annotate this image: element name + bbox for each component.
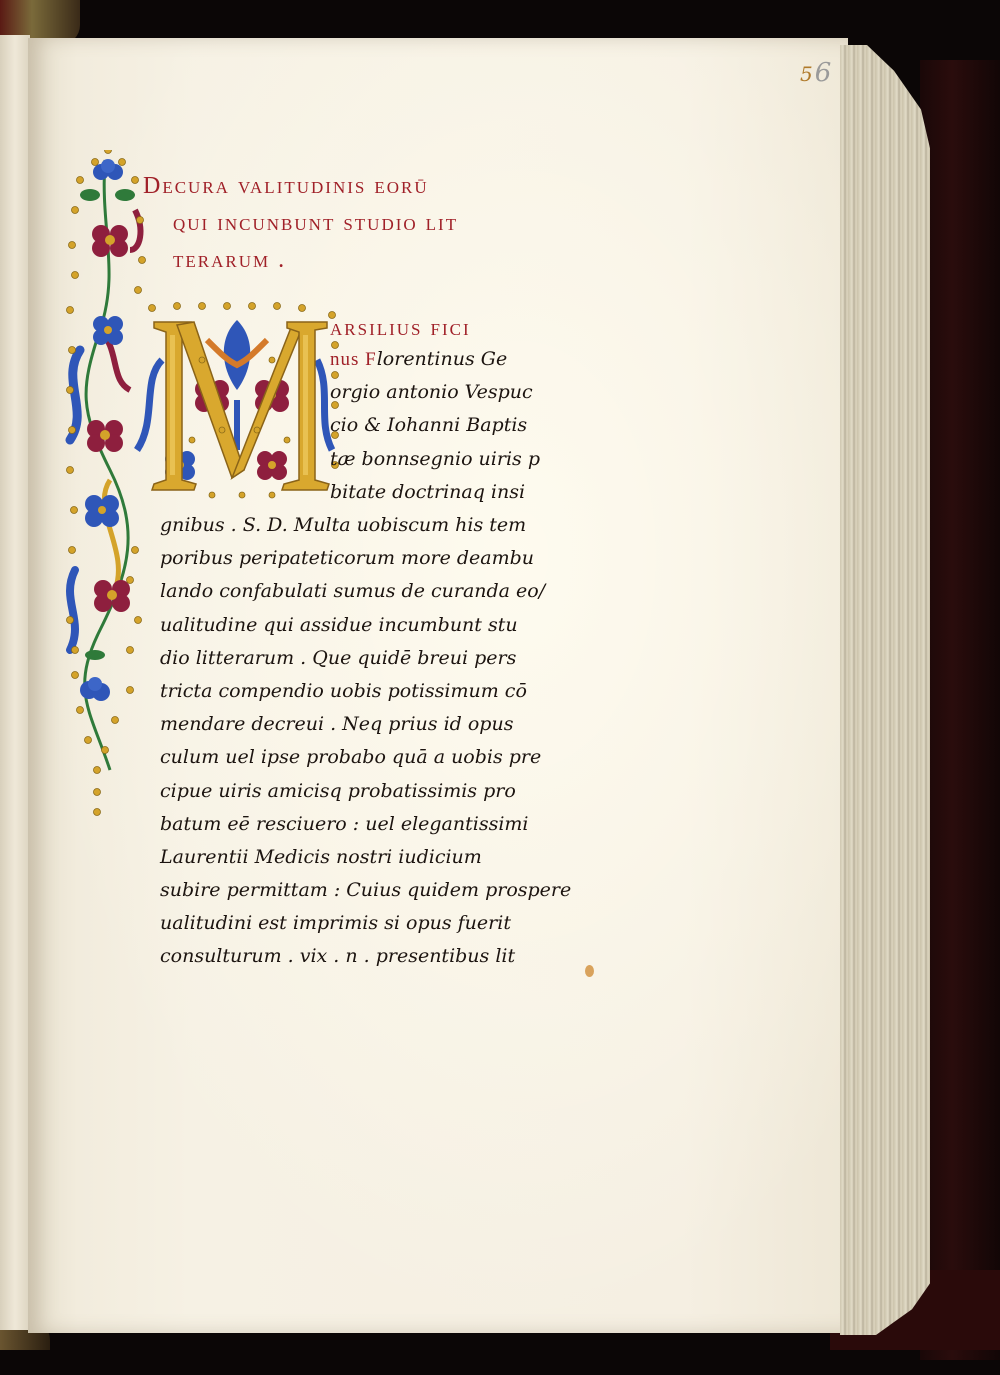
folio-number-pencil: 6 [815, 58, 832, 88]
text-line: nus Florentinus Ge [330, 343, 590, 376]
rubric-line-3: terarum . [143, 242, 583, 279]
main-text-block: gnibus . S. D. Multa uobiscum his tem po… [160, 509, 580, 974]
text-line: tricta compendio uobis potissimum cō [160, 675, 580, 708]
folio-number: 56 [800, 60, 831, 86]
text-line: batum eē resciuero : uel elegantissimi [160, 808, 580, 841]
text-line: cio & Iohanni Baptis [330, 409, 590, 442]
book-cover-edge [920, 60, 1000, 1360]
opening-line-1: arsilius fici [330, 315, 471, 341]
text-line: dio litterarum . Que quidē breui pers [160, 642, 580, 675]
text-beside-initial: nus Florentinus Ge orgio antonio Vespuc … [330, 343, 590, 509]
text-line: culum uel ipse probabo quā a uobis pre [160, 741, 580, 774]
text-line: tæ bonnsegnio uiris p [330, 443, 590, 476]
text-line: ualitudini est imprimis si opus fuerit [160, 907, 580, 940]
page-edges-stack [840, 45, 930, 1335]
text-line: lando confabulati sumus de curanda eo/ [160, 575, 580, 608]
text-line: Laurentii Medicis nostri iudicium [160, 841, 580, 874]
rubric-line-1: Decura valitudinis eorū [143, 173, 429, 199]
text-line: subire permittam : Cuius quidem prospere [160, 874, 580, 907]
decorated-initial-m-icon [132, 300, 342, 500]
text-line: ualitudine qui assidue incumbunt stu [160, 609, 580, 642]
opening-line-2: nus F [330, 349, 377, 370]
folio-number-ink: 5 [800, 62, 813, 86]
text-line: bitate doctrinaq insi [330, 476, 590, 509]
text-line: cipue uiris amicisq probatissimis pro [160, 775, 580, 808]
text-line: poribus peripateticorum more deambu [160, 542, 580, 575]
opening-words: arsilius fici [330, 310, 471, 347]
text-line: mendare decreui . Neq prius id opus [160, 708, 580, 741]
ink-stain [585, 965, 594, 977]
text-line: orgio antonio Vespuc [330, 376, 590, 409]
text-line: consulturum . vix . n . presentibus lit [160, 940, 580, 973]
rubric-title: Decura valitudinis eorū qui incunbunt st… [143, 168, 583, 279]
text-line: gnibus . S. D. Multa uobiscum his tem [160, 509, 580, 542]
rubric-line-2: qui incunbunt studio lit [143, 205, 583, 242]
facing-page-edge [0, 35, 30, 1330]
